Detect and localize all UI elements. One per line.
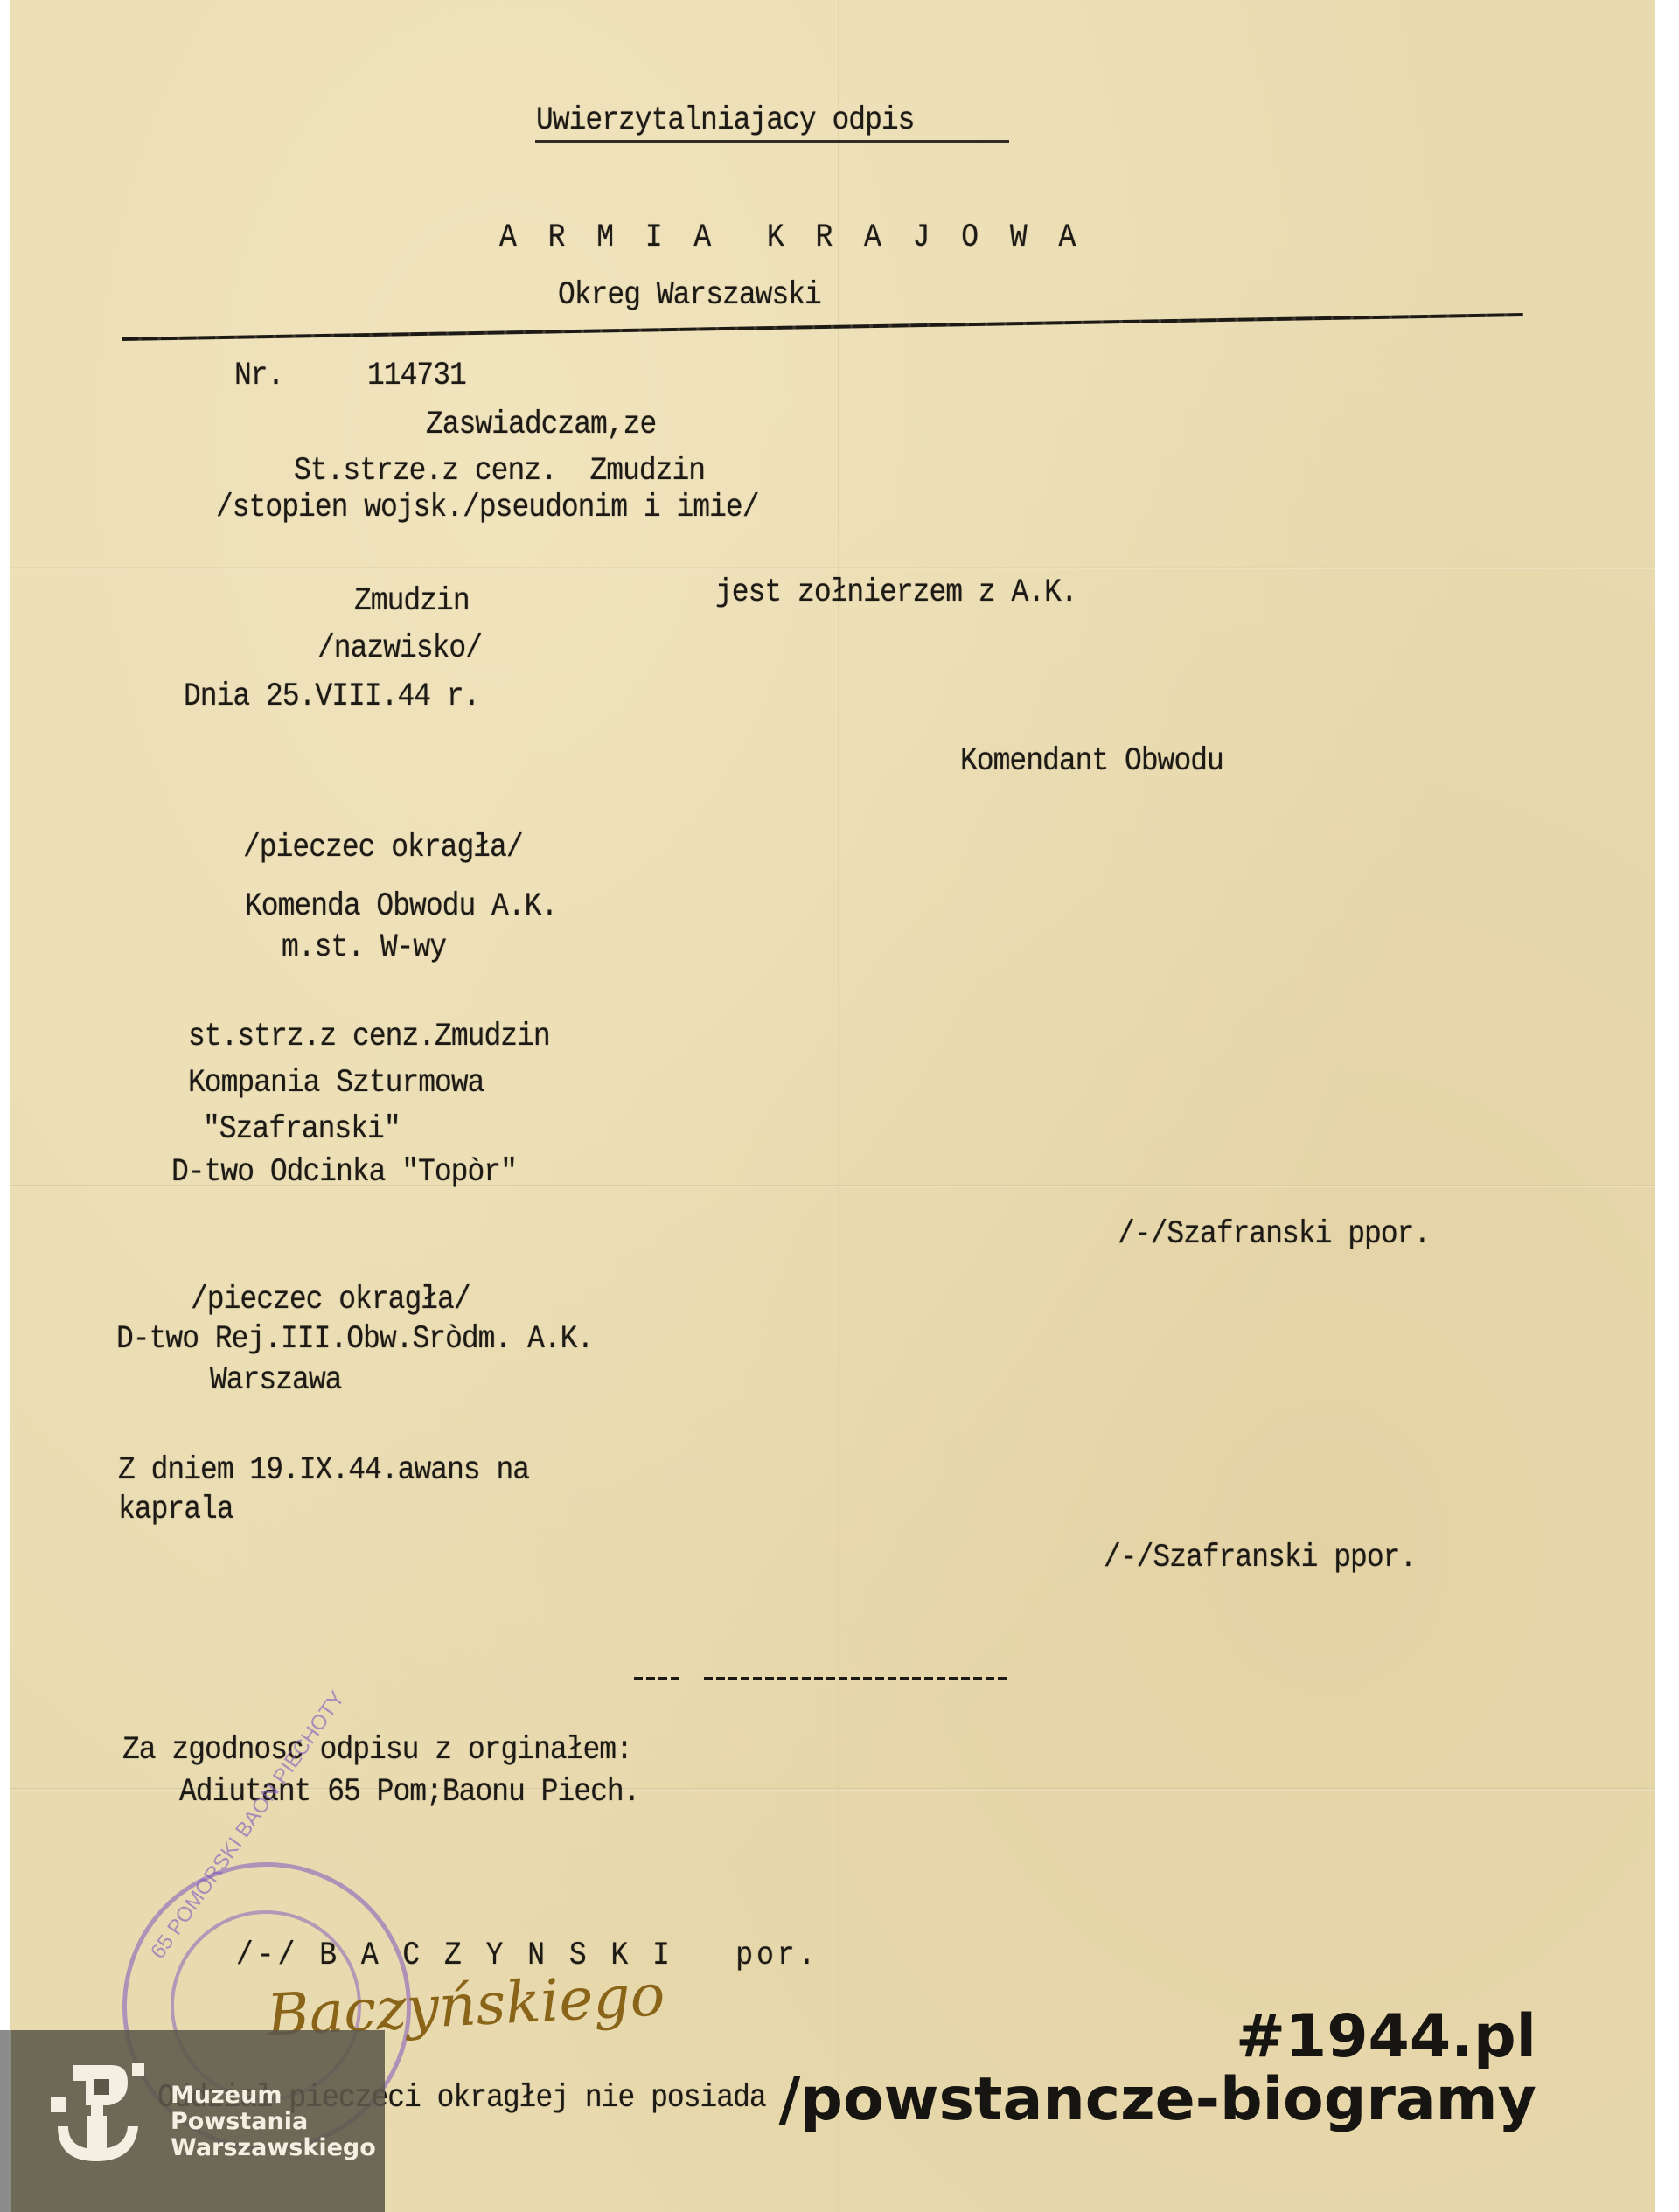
museum-logo-text: Muzeum Powstania Warszawskiego: [171, 2083, 376, 2161]
logo-line-1: Muzeum: [171, 2083, 376, 2109]
stamp1-line2: m.st. W-wy: [282, 930, 446, 965]
stamp1-label: /pieczec okragła/: [243, 831, 523, 866]
rank-line: St.strze.z cenz. Zmudzin: [294, 454, 705, 489]
stamp2-label: /pieczec okragła/: [191, 1283, 470, 1318]
document-title: Uwierzytalniajacy odpis: [536, 103, 914, 138]
signatory-title: Komendant Obwodu: [960, 744, 1223, 779]
unit-line3: "Szafranski": [203, 1112, 401, 1147]
signature-szafranski-2: /-/Szafranski ppor.: [1104, 1541, 1416, 1576]
promotion-line1: Z dniem 19.IX.44.awans na: [118, 1453, 529, 1488]
unit-line2: Kompania Szturmowa: [188, 1066, 484, 1101]
stamp2-line2: Warszawa: [210, 1363, 341, 1398]
certification-line1: Za zgodnosc odpisu z orginałem:: [122, 1733, 632, 1768]
stamp2-line1: D-two Rej.III.Obw.Sròdm. A.K.: [116, 1322, 593, 1357]
unit-line4: D-two Odcinka "Topòr": [171, 1155, 517, 1190]
fold-line-vertical: [838, 0, 839, 2212]
logo-line-2: Powstania: [171, 2109, 376, 2135]
surname: Zmudzin: [354, 584, 470, 619]
statement: jest zołnierzem z A.K.: [715, 575, 1077, 610]
district-name: Okreg Warszawski: [558, 278, 821, 313]
logo-panel-edge: [0, 2030, 11, 2212]
rank-caption: /stopien wojsk./pseudonim i imie/: [216, 490, 759, 525]
logo-line-3: Warszawskiego: [171, 2135, 376, 2161]
unit-line1: st.strz.z cenz.Zmudzin: [188, 1019, 550, 1054]
number-value: 114731: [367, 358, 466, 393]
watermark-path: /powstancze-biogramy: [778, 2065, 1536, 2134]
fold-line: [10, 567, 1655, 569]
signature-szafranski-1: /-/Szafranski ppor.: [1118, 1217, 1430, 1252]
number-label: Nr.: [234, 358, 283, 393]
surname-caption: /nazwisko/: [317, 631, 482, 666]
stamp1-line1: Komenda Obwodu A.K.: [245, 889, 557, 924]
promotion-line2: kaprala: [118, 1492, 233, 1527]
separator-dashes: [704, 1677, 1008, 1680]
organization-name: A R M I A K R A J O W A: [499, 220, 1083, 255]
issue-date: Dnia 25.VIII.44 r.: [184, 679, 479, 714]
watermark-site: #1944.pl: [1236, 2002, 1536, 2071]
certify-text: Zaswiadczam,ze: [426, 407, 656, 442]
title-underline: [535, 140, 1009, 143]
separator-dashes: [634, 1677, 679, 1680]
kotwica-anchor-icon: [51, 2063, 147, 2168]
